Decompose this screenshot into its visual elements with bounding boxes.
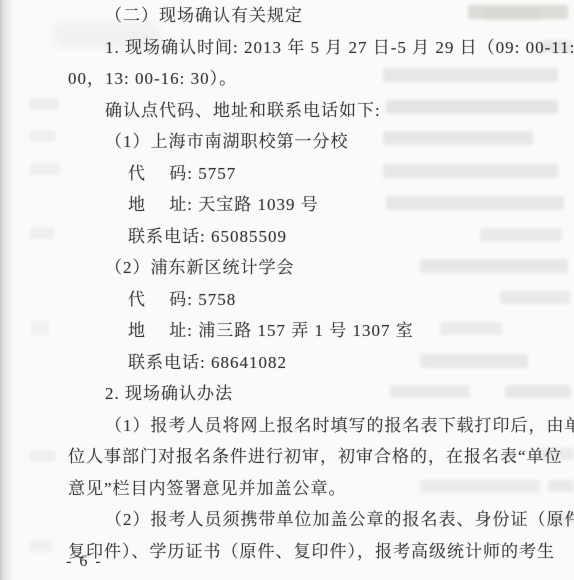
text-line: 1. 现场确认时间: 2013 年 5 月 27 日-5 月 29 日（09: … [68,32,560,64]
text-line: 联系电话: 68641082 [68,347,560,379]
text-line: 代 码: 5758 [68,284,560,316]
text-line: 位人事部门对报名条件进行初审，初审合格的，在报名表“单位 [68,441,560,473]
text-line: 代 码: 5757 [68,158,560,190]
bleed-through-artifact [30,450,56,462]
text-line: 确认点代码、地址和联系电话如下: [68,95,560,127]
text-line: 联系电话: 65085509 [68,221,560,253]
bleed-through-artifact [30,163,60,175]
page-number: - 6 - [66,553,103,571]
text-line: 复印件）、学历证书（原件、复印件），报考高级统计师的考生 [68,536,560,568]
document-text: （二）现场确认有关规定1. 现场确认时间: 2013 年 5 月 27 日-5 … [68,0,560,567]
text-line: （2）报考人员须携带单位加盖公章的报名表、身份证（原件、 [68,504,560,536]
bleed-through-artifact [30,98,58,110]
text-line: （2）浦东新区统计学会 [68,252,560,284]
scanned-document-page: （二）现场确认有关规定1. 现场确认时间: 2013 年 5 月 27 日-5 … [0,0,574,580]
text-line: 2. 现场确认办法 [68,378,560,410]
text-line: 地 址: 天宝路 1039 号 [68,189,560,221]
scan-edge-shadow [0,0,14,580]
bleed-through-artifact [30,322,50,334]
text-line: 00，13: 00-16: 30）。 [68,63,560,95]
text-line: （1）报考人员将网上报名时填写的报名表下载打印后，由单 [68,410,560,442]
bleed-through-artifact [30,130,56,142]
bleed-through-artifact [30,227,54,239]
text-line: 地 址: 浦三路 157 弄 1 号 1307 室 [68,315,560,347]
text-line: 意见”栏目内签署意见并加盖公章。 [68,473,560,505]
text-line: （1）上海市南湖职校第一分校 [68,126,560,158]
bleed-through-artifact [30,540,52,552]
text-line: （二）现场确认有关规定 [68,0,560,32]
